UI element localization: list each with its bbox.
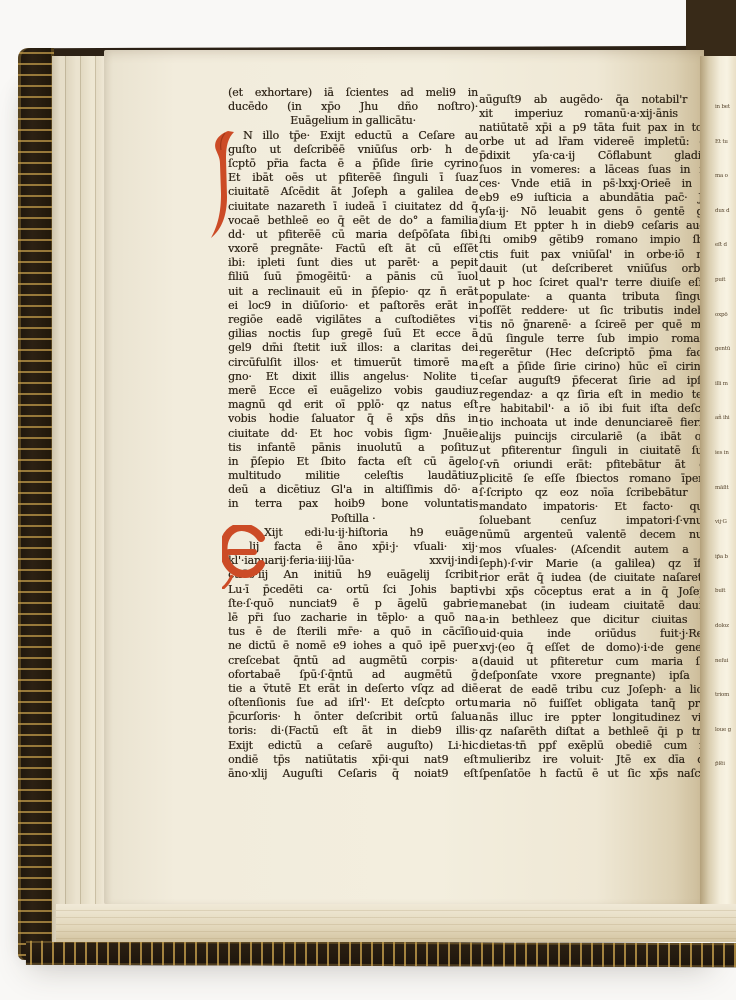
edge-text-fragment: māſit bbox=[715, 470, 735, 506]
text-line: orbe ut ad lr̄am videreē impletū: qd bbox=[479, 135, 713, 149]
text-column-right: aūguſt9 ab augēdo· q̄a notabil'r auxit i… bbox=[479, 93, 713, 781]
text-line: regendaz· a qz ſiria eſt in medio terz bbox=[479, 388, 713, 402]
text-line: vbi xp̄s cōceptus erat a in q̄ Joſeph bbox=[479, 585, 713, 599]
text-line: qz naſarēth diſtat a bethleē q̄i p tres bbox=[479, 725, 713, 739]
text-line: ducēdo (in xp̄o Jhu dño noſtro)· bbox=[228, 100, 478, 114]
text-line: nās illuc ire ppter longitudinez viez bbox=[479, 711, 713, 725]
text-line: vocaē bethleē eo q̄ eēt de do° a familia bbox=[228, 214, 478, 228]
edge-text-fragment: illi m bbox=[715, 366, 735, 402]
text-line: erat de eadē tribu cuz Joſeph· a licet bbox=[479, 683, 713, 697]
text-line: (dauid ut pfiteretur cum maria ſibi bbox=[479, 655, 713, 669]
text-line: ſte·ſ·quō nunciat9 ē p āgelū gabrie bbox=[228, 597, 478, 611]
edge-text-fragment: dux d bbox=[715, 193, 735, 229]
edge-text-fragment: vij·G bbox=[715, 504, 735, 540]
text-line: ſeph)·ſ·vir Marie (a galilea) qz īfez bbox=[479, 557, 713, 571]
text-line: dd· ut pfiterēē cū maria deſpōſata ſibi bbox=[228, 228, 478, 242]
text-line: eſt a p̄ſide ſirie cirino) hūc eī cirinu… bbox=[479, 360, 713, 374]
text-line: aūguſt9 ab augēdo· q̄a notabil'r au bbox=[479, 93, 713, 107]
text-line: a·in bethleez que dicitur ciuitas da bbox=[479, 613, 713, 627]
text-line: ſpenſatōe h̄ factū ē ut ſic xp̄s naſcēē bbox=[479, 767, 713, 781]
text-line: ciuitatē Aſcēdit āt Joſeph a galilea de bbox=[228, 185, 478, 199]
text-line: creſcebat q̄ntū ad augmētū corpis· a bbox=[228, 654, 478, 668]
text-line: lē pr̄i ſuo zacharie in tēplo· a quō na bbox=[228, 611, 478, 625]
text-line: eb9 e9 iuſticia a abundātia pac̄· Jtē bbox=[479, 191, 713, 205]
text-line: plicitē ſe eſſe ſbiectos romano īperio bbox=[479, 472, 713, 486]
leaf-edge bbox=[66, 56, 81, 942]
text-line: ſoluebant cenſuz impatori·ſ·vnum bbox=[479, 514, 713, 528]
edge-text-fragment: añ ihi bbox=[715, 400, 735, 436]
text-line: ciuitate dd· Et hoc vobis ſigm· Jnuēie bbox=[228, 427, 478, 441]
rubricated-initial-e bbox=[222, 525, 266, 589]
text-line: deū a dicētiuz Gl'a in altiſſimis dō· a bbox=[228, 483, 478, 497]
text-line: merē Ecce eī euāgelizo vobis gaudiuz bbox=[228, 384, 478, 398]
text-line: uid·quia inde oriūdus fuit·j·Reg· bbox=[479, 627, 713, 641]
text-line: filiū ſuū p̄mogēitū· a pānis cū īuol bbox=[228, 270, 478, 284]
text-line: ne dictū ē nomē e9 iohes a quō ipē puer bbox=[228, 639, 478, 653]
edge-text-fragment: gentū bbox=[715, 331, 735, 367]
text-line: vobis hodie ſaluator q̄ ē xp̄s dn̄s in bbox=[228, 412, 478, 426]
text-line: xvj·(eo q̄ eſſet de domo)·i·de genere bbox=[479, 641, 713, 655]
rubricated-initial-i bbox=[211, 130, 235, 240]
edge-text-fragment: loue g bbox=[715, 712, 735, 748]
text-line: gno· Et dixit illis angelus· Nolite ti bbox=[228, 370, 478, 384]
text-line: dietas·tn̄ ppf exēplū obediē cum ipf bbox=[479, 739, 713, 753]
text-line: maria nō fuiſſet obligata tanq̄ preg bbox=[479, 697, 713, 711]
text-line: gilias noctis ſup gregē ſuū Et ecce ā bbox=[228, 327, 478, 341]
text-line: mos vſuales· (Aſcendit autem a Jo bbox=[479, 543, 713, 557]
text-line: in p̄ſepio Et ſbito facta eſt cū āgelo bbox=[228, 455, 478, 469]
text-line: natiūtatē xp̄i a p9 tāta fuit pax in tot… bbox=[479, 121, 713, 135]
text-line: dū ſingule terre ſub impio romano bbox=[479, 332, 713, 346]
facing-page-curl: in betEt tuma odux deſt dpuitoxpōgentūil… bbox=[700, 56, 736, 904]
text-line: manebat (in iudeam ciuitatē dauid) bbox=[479, 599, 713, 613]
text-line: ces· Vnde etiā in ps̄·lxxj·Orieē in di bbox=[479, 177, 713, 191]
text-line: ei loc9 in diūſorio· et paſtorēs erāt in bbox=[228, 299, 478, 313]
text-line: ſti omib9 gētib9 romano impio ſbie bbox=[479, 233, 713, 247]
text-line: ciuitate nazareth ī iudeā ī ciuitatez dd… bbox=[228, 200, 478, 214]
text-line: dauit (ut deſcriberet vniūſus orbis) bbox=[479, 262, 713, 276]
page-stack-edges bbox=[52, 56, 110, 942]
text-line: nūmū argenteū valentē decem num bbox=[479, 528, 713, 542]
edge-text-fragment: puit bbox=[715, 262, 735, 298]
edge-text-fragment: neſui bbox=[715, 643, 735, 679]
text-line: vxorē pregnāte· Factū eſt āt cū eſſēt bbox=[228, 242, 478, 256]
text-line: mandato impatoris· Et facto· quia bbox=[479, 500, 713, 514]
text-line: yſa·ij· Nō leuabit gens ō gentē gla bbox=[479, 205, 713, 219]
text-line: deſponſate vxore pregnante) ipſa eī bbox=[479, 669, 713, 683]
leaf-edge bbox=[52, 56, 66, 942]
text-line: Poſtilla · bbox=[228, 512, 478, 526]
text-line: ſ·vn̄ oriundi erāt: pfitebātur āt du bbox=[479, 458, 713, 472]
text-line: ſuos in vomeres: a lāceas ſuas in fal bbox=[479, 163, 713, 177]
text-line: p̄dixit yſa·ca·ij Cōflabunt gladios bbox=[479, 149, 713, 163]
text-line: tus ē de ſterili mr̄e· a quō in cācīſio bbox=[228, 625, 478, 639]
text-line: regiōe eadē vigilātes a cuſtodiētes vi bbox=[228, 313, 478, 327]
text-line: ofortabaē ſpū·ſ·q̄ntū ad augmētū ḡ bbox=[228, 668, 478, 682]
text-page: (et exhortare) iā ſcientes ad meli9 indu… bbox=[104, 50, 704, 904]
edge-text-fragment: in bet bbox=[715, 90, 735, 125]
text-line: (et exhortare) iā ſcientes ad meli9 in bbox=[228, 86, 478, 100]
text-line: oſtenſionis ſue ad iſrl'· Et deſcpto ort… bbox=[228, 696, 478, 710]
text-line: populate· a quanta tributa ſingule bbox=[479, 290, 713, 304]
edge-text-fragment: eſt d bbox=[715, 228, 735, 264]
text-line: uit a reclinauit eū in p̄ſepio· qz n̄ er… bbox=[228, 285, 478, 299]
text-line: guſto ut deſcribēē vniūſus orb· h̄ de bbox=[228, 143, 478, 157]
edge-text-fragment: ma o bbox=[715, 158, 735, 194]
text-line: ſcptō pr̄ia facta ē a p̄ſide ſirie cyrin… bbox=[228, 157, 478, 171]
facing-page-text-sliver: in betEt tuma odux deſt dpuitoxpōgentūil… bbox=[715, 90, 735, 790]
edge-text-fragment: triom bbox=[715, 677, 735, 713]
text-line: gel9 dm̄i ſtetit iux̄ illos: a claritas … bbox=[228, 341, 478, 355]
text-line: ibi: ipleti ſunt dies ut parēt· a pepit bbox=[228, 256, 478, 270]
gilt-tooled-cover-edge-left bbox=[18, 48, 54, 960]
text-line: in terra pax hoib9 bone voluntatis bbox=[228, 497, 478, 511]
text-line: Exijt edictū a ceſarē auguſto) Li·hic bbox=[228, 739, 478, 753]
text-column-left: (et exhortare) iā ſcientes ad meli9 indu… bbox=[228, 86, 478, 781]
text-line: rior erāt q̄ iudea (de ciuitate naſareth… bbox=[479, 571, 713, 585]
text-line: Euāgelium in gallicātu· bbox=[228, 114, 478, 128]
text-line: re habitabil'· a iō ibi fuit iſta deſcpz bbox=[479, 402, 713, 416]
edge-text-fragment: buīt bbox=[715, 573, 735, 609]
edge-text-fragment: doloz bbox=[715, 608, 735, 644]
text-line: ceſar auguſt9 p̄fecerat ſirie ad ipſaz bbox=[479, 374, 713, 388]
text-line: xit imperiuz romanū·a·xij·ānis añ bbox=[479, 107, 713, 121]
gilt-tooled-cover-edge-bottom bbox=[26, 941, 736, 967]
text-line: alijs puincijs circulariē (a ibāt oēs bbox=[479, 430, 713, 444]
text-line: tis nō ḡnarenē· a ſcireē per quē moz bbox=[479, 318, 713, 332]
text-line: ut pfiterentur ſinguli in ciuitatē ſuā) bbox=[479, 444, 713, 458]
edge-text-fragment: oxpō bbox=[715, 297, 735, 333]
text-line: N illo tp̄e· Exijt eductū a Ceſare au bbox=[228, 129, 478, 143]
text-line: tie a v̄tutē Et erāt in deſerto vſqz ad … bbox=[228, 682, 478, 696]
text-line: āno·xlij Auguſti Ceſaris q̄ noiat9 eſt bbox=[228, 767, 478, 781]
text-line: multitudo militie celeſtis laudātiuz bbox=[228, 469, 478, 483]
edge-text-fragment: Et tu bbox=[715, 124, 735, 160]
text-line: magnū qd erit oī pplō· qz natus eſt bbox=[228, 398, 478, 412]
edge-text-fragment: p̄ſēi bbox=[715, 746, 735, 782]
text-line: regerētur (Hec deſcriptō p̄ma facta bbox=[479, 346, 713, 360]
text-line: Et ibāt oēs ut pfiterēē ſinguli ī ſuaz bbox=[228, 171, 478, 185]
edge-text-fragment: ies in bbox=[715, 435, 735, 471]
text-line: tio inchoata ut inde denunciareē fieri ī bbox=[479, 416, 713, 430]
text-line: toris: di·(Factū eſt āt in dieb9 illis· bbox=[228, 724, 478, 738]
text-line: ſ·ſcripto qz eoz noīa ſcribebātur de bbox=[479, 486, 713, 500]
text-line: ondiē tp̄s natiūtatis xp̄i·qui nat9 eſt bbox=[228, 753, 478, 767]
text-line: tis infantē pānis inuolutū a poſituz bbox=[228, 441, 478, 455]
text-line: p̄curſoris· h̄ ōnter deſcribit ortū ſalu… bbox=[228, 710, 478, 724]
text-line: ctis fuit pax vniūſal' in orbe·iō mā bbox=[479, 248, 713, 262]
edge-text-fragment: ip̄a b bbox=[715, 539, 735, 575]
text-line: mulieribz ire voluit· Jtē ex dīa diz bbox=[479, 753, 713, 767]
text-line: poſſēt reddere· ut ſic tributis indebiz bbox=[479, 304, 713, 318]
leaf-edge bbox=[81, 56, 96, 942]
text-line: dium Et ppter h̄ in dieb9 ceſaris augu bbox=[479, 219, 713, 233]
text-line: circūfulſit illos· et timuerūt timorē ma bbox=[228, 356, 478, 370]
text-line: ut p hoc ſciret qual'r terre diuiſe eſſē… bbox=[479, 276, 713, 290]
bottom-fore-edge bbox=[56, 904, 736, 942]
